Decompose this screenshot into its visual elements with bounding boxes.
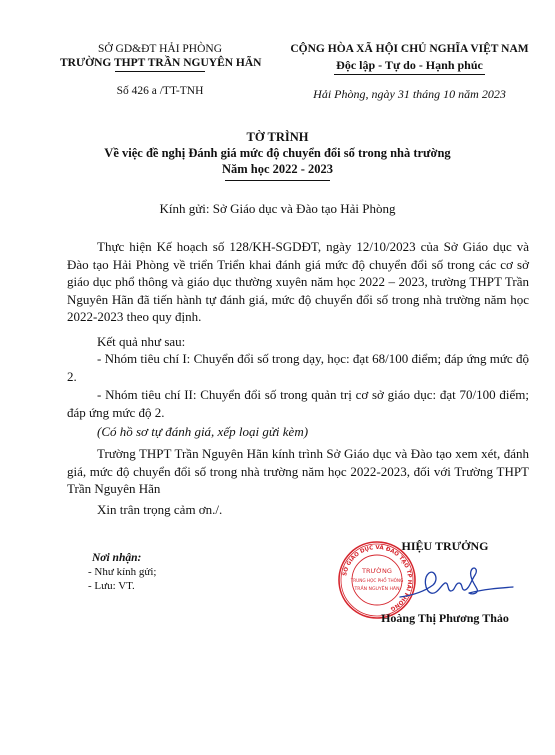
recipient-item: - Như kính gửi; bbox=[88, 565, 156, 579]
department-name: SỞ GD&ĐT HẢI PHÒNG bbox=[60, 42, 260, 56]
document-number: Số 426 a /TT-TNH bbox=[60, 85, 260, 97]
closing-line: Xin trân trọng cảm ơn./. bbox=[67, 501, 529, 519]
attachment-note: (Có hồ sơ tự đánh giá, xếp loại gửi kèm) bbox=[67, 423, 529, 441]
criterion-1: - Nhóm tiêu chí I: Chuyển đổi số trong d… bbox=[67, 350, 529, 385]
issuing-authority-block: SỞ GD&ĐT HẢI PHÒNG TRƯỜNG THPT TRẦN NGUY… bbox=[60, 42, 260, 97]
nation-name: CỘNG HÒA XÃ HỘI CHỦ NGHĨA VIỆT NAM bbox=[282, 42, 537, 56]
national-motto: Độc lập - Tự do - Hạnh phúc bbox=[334, 58, 485, 75]
national-title-block: CỘNG HÒA XÃ HỘI CHỦ NGHĨA VIỆT NAM Độc l… bbox=[282, 42, 537, 102]
place-date: Hải Phòng, ngày 31 tháng 10 năm 2023 bbox=[282, 87, 537, 102]
svg-text:TRẦN NGUYÊN HÃN: TRẦN NGUYÊN HÃN bbox=[353, 584, 399, 592]
school-year: Năm học 2022 - 2023 bbox=[0, 161, 555, 177]
signer-name: Hoàng Thị Phương Thảo bbox=[370, 611, 520, 626]
svg-text:TRƯỜNG: TRƯỜNG bbox=[361, 566, 392, 575]
request-paragraph: Trường THPT Trần Nguyên Hãn kính trình S… bbox=[67, 445, 529, 498]
recipients-list: Nơi nhận: - Như kính gửi; - Lưu: VT. bbox=[88, 551, 156, 593]
signature-block: HIỆU TRƯỞNG Hoàng Thị Phương Thảo bbox=[370, 539, 520, 554]
school-name: TRƯỜNG THPT TRẦN NGUYÊN HÃN bbox=[60, 56, 260, 70]
signer-title: HIỆU TRƯỞNG bbox=[370, 539, 520, 554]
handwritten-signature bbox=[395, 555, 515, 610]
results-label: Kết quả như sau: bbox=[67, 333, 529, 351]
document-subject: Về việc đề nghị Đánh giá mức độ chuyển đ… bbox=[0, 145, 555, 161]
document-title-block: TỜ TRÌNH Về việc đề nghị Đánh giá mức độ… bbox=[0, 129, 555, 181]
document-type: TỜ TRÌNH bbox=[0, 129, 555, 145]
recipients-heading: Nơi nhận: bbox=[92, 551, 156, 565]
header-left-underline bbox=[115, 71, 205, 72]
recipient-item: - Lưu: VT. bbox=[88, 579, 156, 593]
criterion-2: - Nhóm tiêu chí II: Chuyển đổi số trong … bbox=[67, 386, 529, 421]
intro-paragraph: Thực hiện Kế hoạch số 128/KH-SGDĐT, ngày… bbox=[67, 238, 529, 326]
recipient-line: Kính gửi: Sở Giáo dục và Đào tạo Hải Phò… bbox=[0, 201, 555, 217]
title-underline bbox=[225, 180, 330, 181]
